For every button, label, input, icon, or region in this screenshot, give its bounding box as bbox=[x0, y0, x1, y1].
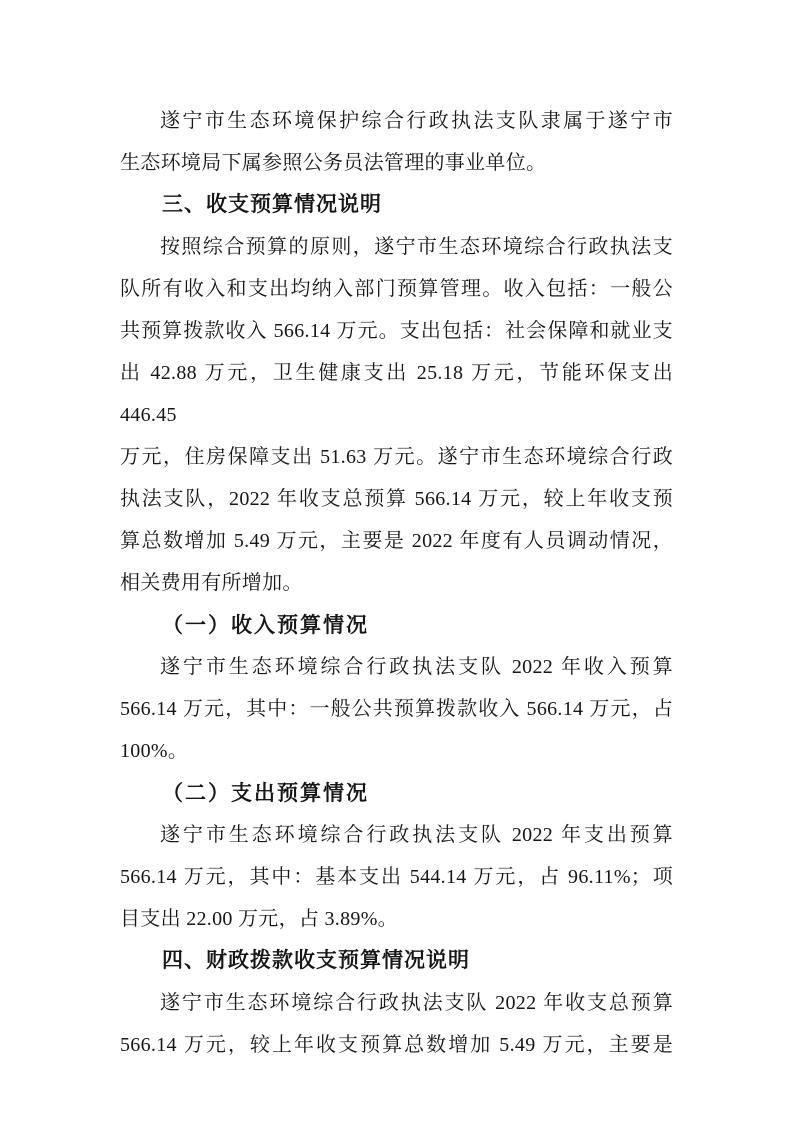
document-content: 遂宁市生态环境保护综合行政执法支队隶属于遂宁市生态环境局下属参照公务员法管理的事… bbox=[0, 0, 793, 1066]
text-line: 遂宁市生态环境保护综合行政执法支队隶属于遂宁市 bbox=[120, 100, 673, 142]
text-line: 目支出 22.00 万元，占 3.89%。 bbox=[120, 898, 673, 940]
text-line: 生态环境局下属参照公务员法管理的事业单位。 bbox=[120, 142, 673, 184]
text-line: 队所有收入和支出均纳入部门预算管理。收入包括：一般公 bbox=[120, 268, 673, 310]
section-heading: 三、收支预算情况说明 bbox=[120, 184, 673, 226]
document-page: 遂宁市生态环境保护综合行政执法支队隶属于遂宁市生态环境局下属参照公务员法管理的事… bbox=[0, 0, 793, 1122]
section-heading: 四、财政拨款收支预算情况说明 bbox=[120, 940, 673, 982]
section-heading: （一）收入预算情况 bbox=[120, 604, 673, 646]
text-line: 遂宁市生态环境综合行政执法支队 2022 年收入预算 bbox=[120, 646, 673, 688]
text-line: 566.14 万元，较上年收支预算总数增加 5.49 万元，主要是 bbox=[120, 1024, 673, 1066]
text-line: 执法支队，2022 年收支总预算 566.14 万元，较上年收支预 bbox=[120, 478, 673, 520]
text-line: 共预算拨款收入 566.14 万元。支出包括：社会保障和就业支 bbox=[120, 310, 673, 352]
text-line: 出 42.88 万元，卫生健康支出 25.18 万元，节能环保支出 446.45 bbox=[120, 352, 673, 436]
text-line: 相关费用有所增加。 bbox=[120, 562, 673, 604]
text-line: 100%。 bbox=[120, 730, 673, 772]
section-heading: （二）支出预算情况 bbox=[120, 772, 673, 814]
text-line: 遂宁市生态环境综合行政执法支队 2022 年支出预算 bbox=[120, 814, 673, 856]
text-line: 遂宁市生态环境综合行政执法支队 2022 年收支总预算 bbox=[120, 982, 673, 1024]
text-line: 万元，住房保障支出 51.63 万元。遂宁市生态环境综合行政 bbox=[120, 436, 673, 478]
text-line: 算总数增加 5.49 万元，主要是 2022 年度有人员调动情况， bbox=[120, 520, 673, 562]
text-line: 566.14 万元，其中：一般公共预算拨款收入 566.14 万元，占 bbox=[120, 688, 673, 730]
text-line: 566.14 万元，其中：基本支出 544.14 万元，占 96.11%；项 bbox=[120, 856, 673, 898]
text-line: 按照综合预算的原则，遂宁市生态环境综合行政执法支 bbox=[120, 226, 673, 268]
